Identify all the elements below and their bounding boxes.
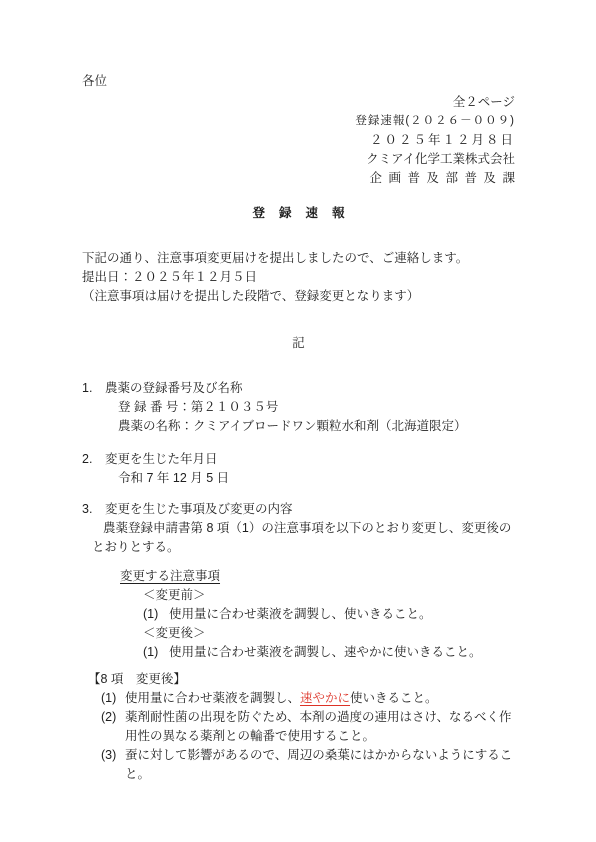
item-text: 薬剤耐性菌の出現を防ぐため、本剤の過度の連用はさけ、なるべく作用性の異なる薬剤と…	[125, 708, 515, 746]
page-count: 全２ページ	[82, 93, 515, 112]
item-text: 使用量に合わせ薬液を調製し、速やかに使いきること。	[125, 689, 515, 708]
section8-item-1: (1) 使用量に合わせ薬液を調製し、速やかに使いきること。	[101, 689, 515, 708]
before-label: ＜変更前＞	[143, 586, 515, 605]
item-marker: (1)	[143, 643, 169, 662]
recipient-line: 各位	[82, 72, 515, 91]
section-heading: 農薬の登録番号及び名称	[105, 379, 243, 398]
item-marker: (3)	[101, 746, 125, 784]
item-marker: (1)	[101, 689, 125, 708]
item-marker: (2)	[101, 708, 125, 746]
section-heading-row: 3. 変更を生じた事項及び変更の内容	[82, 500, 515, 519]
section-heading: 変更を生じた年月日	[105, 450, 218, 469]
bulletin-number: 登録速報(２０２６－００９)	[82, 112, 515, 131]
intro-note: （注意事項は届けを提出した段階で、登録変更となります）	[82, 287, 515, 306]
ki-marker: 記	[82, 334, 515, 353]
item-marker: (1)	[143, 605, 169, 624]
registration-number-line: 登 録 番 号：第２１０３５号	[118, 398, 515, 417]
amendment-heading: 変更する注意事項	[120, 567, 515, 586]
intro-block: 下記の通り、注意事項変更届けを提出しましたので、ご連絡します。 提出日：２０２５…	[82, 249, 515, 306]
before-item: (1) 使用量に合わせ薬液を調製し、使いきること。	[143, 605, 515, 624]
section8-item-3: (3) 蚕に対して影響があるので、周辺の桑葉にはかからないようにすること。	[101, 746, 515, 784]
issue-date: ２０２５年１２月８日	[82, 131, 515, 150]
section-number: 1.	[82, 379, 105, 398]
section-heading-row: 1. 農薬の登録番号及び名称	[82, 379, 515, 398]
item-text-suffix: 使いきること。	[350, 691, 438, 705]
section-change-date: 2. 変更を生じた年月日 令和 7 年 12 月 5 日	[82, 450, 515, 488]
section-heading-row: 2. 変更を生じた年月日	[82, 450, 515, 469]
submission-date-line: 提出日：２０２５年１２月５日	[82, 268, 515, 287]
intro-line: 下記の通り、注意事項変更届けを提出しましたので、ご連絡します。	[82, 249, 515, 268]
department-name: 企画普及部普及課	[369, 169, 521, 188]
highlighted-change-text: 速やかに	[300, 691, 350, 705]
change-date-line: 令和 7 年 12 月 5 日	[118, 469, 515, 488]
amendment-block: 変更する注意事項 ＜変更前＞ (1) 使用量に合わせ薬液を調製し、使いきること。…	[82, 567, 515, 662]
section8-item-2: (2) 薬剤耐性菌の出現を防ぐため、本剤の過度の連用はさけ、なるべく作用性の異な…	[101, 708, 515, 746]
product-name-line: 農薬の名称：クミアイブロードワン顆粒水和剤（北海道限定）	[118, 417, 515, 436]
item-text: 使用量に合わせ薬液を調製し、使いきること。	[169, 605, 515, 624]
after-item: (1) 使用量に合わせ薬液を調製し、速やかに使いきること。	[143, 643, 515, 662]
section-number: 2.	[82, 450, 105, 469]
item-text: 使用量に合わせ薬液を調製し、速やかに使いきること。	[169, 643, 515, 662]
section-registration: 1. 農薬の登録番号及び名称 登 録 番 号：第２１０３５号 農薬の名称：クミア…	[82, 379, 515, 436]
header-right-block: 全２ページ 登録速報(２０２６－００９) ２０２５年１２月８日 クミアイ化学工業…	[82, 93, 515, 188]
section8-heading: 【8 項 変更後】	[88, 670, 515, 689]
item-text: 蚕に対して影響があるので、周辺の桑葉にはかからないようにすること。	[125, 746, 515, 784]
section-change-content: 3. 変更を生じた事項及び変更の内容 農薬登録申請書第 8 項（1）の注意事項を…	[82, 500, 515, 557]
change-content-body: 農薬登録申請書第 8 項（1）の注意事項を以下のとおり変更し、変更後のとおりとす…	[92, 519, 515, 557]
document-page: 各位 全２ページ 登録速報(２０２６－００９) ２０２５年１２月８日 クミアイ化…	[0, 0, 596, 842]
section8-block: 【8 項 変更後】 (1) 使用量に合わせ薬液を調製し、速やかに使いきること。 …	[82, 670, 515, 784]
section-heading: 変更を生じた事項及び変更の内容	[105, 500, 293, 519]
document-title: 登録速報	[82, 204, 515, 223]
section-number: 3.	[82, 500, 105, 519]
after-label: ＜変更後＞	[143, 624, 515, 643]
company-name: クミアイ化学工業株式会社	[82, 150, 515, 169]
item-text-prefix: 使用量に合わせ薬液を調製し、	[125, 691, 300, 705]
